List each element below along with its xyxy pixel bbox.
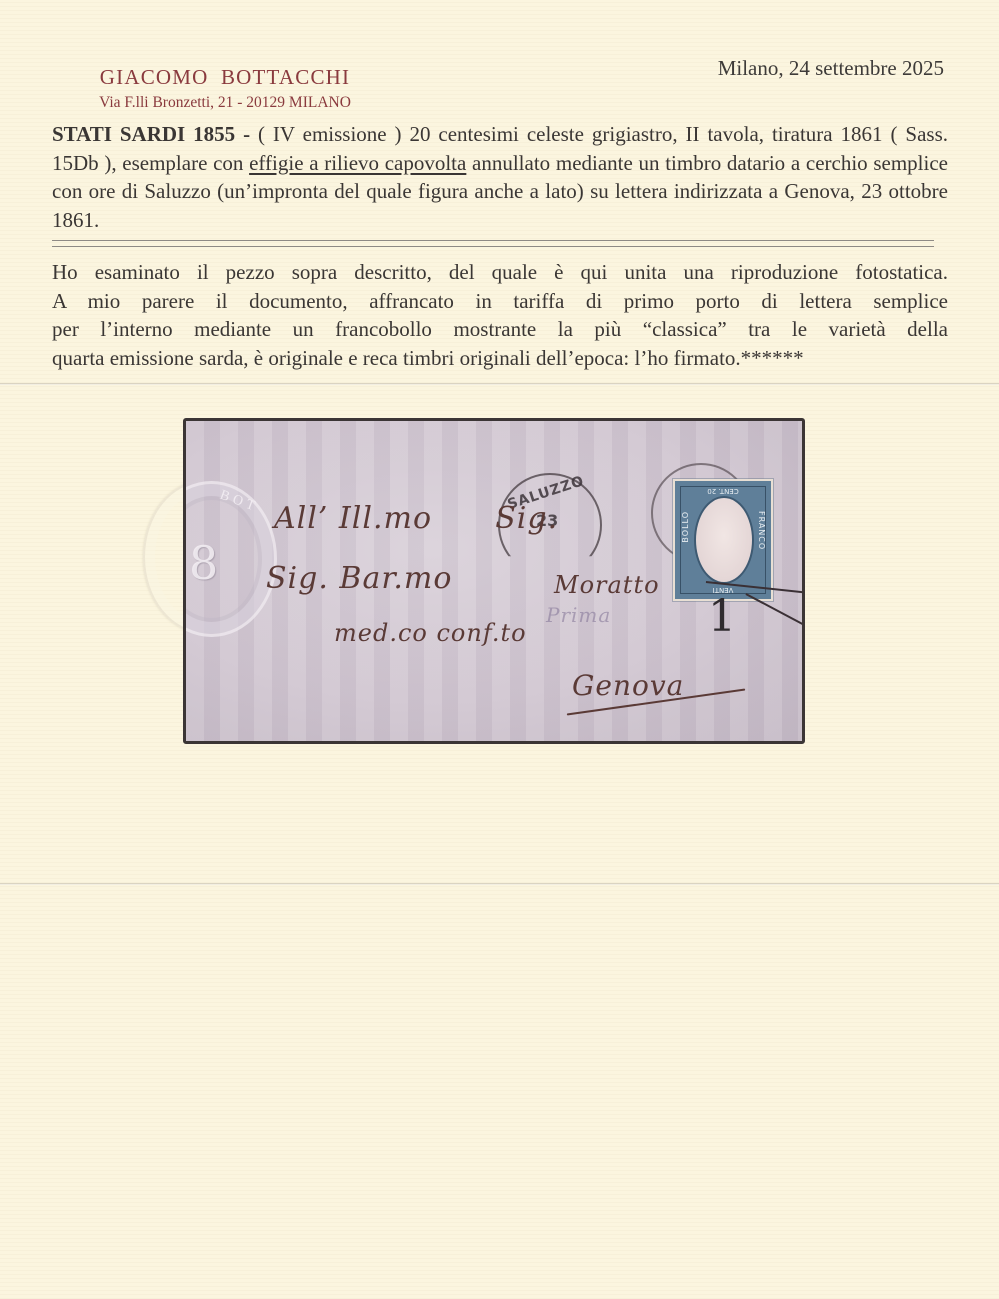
- tax-mark: 1: [708, 591, 737, 642]
- opinion-line: quarta emissione sarda, è originale e re…: [52, 344, 948, 373]
- description-variety: effigie a rilievo capovolta: [249, 151, 466, 175]
- letterhead: GIACOMO BOTTACCHI Via F.lli Bronzetti, 2…: [60, 64, 390, 113]
- opinion-line: per l’interno mediante un francobollo mo…: [52, 315, 948, 344]
- address-line: All’ Ill.mo Sig.: [274, 501, 558, 536]
- description-heading: STATI SARDI 1855 -: [52, 122, 250, 146]
- address-line: Moratto: [554, 571, 660, 599]
- certificate-date: Milano, 24 settembre 2025: [718, 56, 944, 81]
- expert-opinion: Ho esaminato il pezzo sopra descritto, d…: [52, 258, 948, 372]
- opinion-line: Ho esaminato il pezzo sopra descritto, d…: [52, 258, 948, 287]
- stamp-top-text: CENT. 20: [675, 487, 771, 495]
- certificate-page: GIACOMO BOTTACCHI Via F.lli Bronzetti, 2…: [0, 0, 999, 1299]
- expert-address: Via F.lli Bronzetti, 21 - 20129 MILANO: [60, 93, 390, 113]
- address-city: Genova: [572, 669, 684, 702]
- double-rule-divider: [52, 240, 934, 247]
- emboss-seal-icon: BOT 8: [183, 481, 277, 637]
- pen-cancel-stroke: [746, 593, 805, 646]
- stamp-effigy-icon: [694, 496, 754, 584]
- pencil-note: Prima: [546, 603, 611, 627]
- fold-line: [0, 383, 999, 385]
- expert-name: GIACOMO BOTTACCHI: [60, 64, 390, 90]
- opinion-line: A mio parere il documento, affrancato in…: [52, 287, 948, 316]
- cover-photo: BOT 8 SALUZZO 23 CENT. 20 BOLLO FRANCO V…: [183, 418, 805, 744]
- address-line: med.co conf.to: [334, 619, 527, 647]
- address-line: Sig. Bar.mo: [266, 561, 452, 596]
- item-description: STATI SARDI 1855 - ( IV emissione ) 20 c…: [52, 120, 948, 234]
- stamp-left-text: BOLLO: [681, 511, 690, 543]
- fold-line: [0, 883, 999, 885]
- stamp-right-text: FRANCO: [757, 511, 766, 550]
